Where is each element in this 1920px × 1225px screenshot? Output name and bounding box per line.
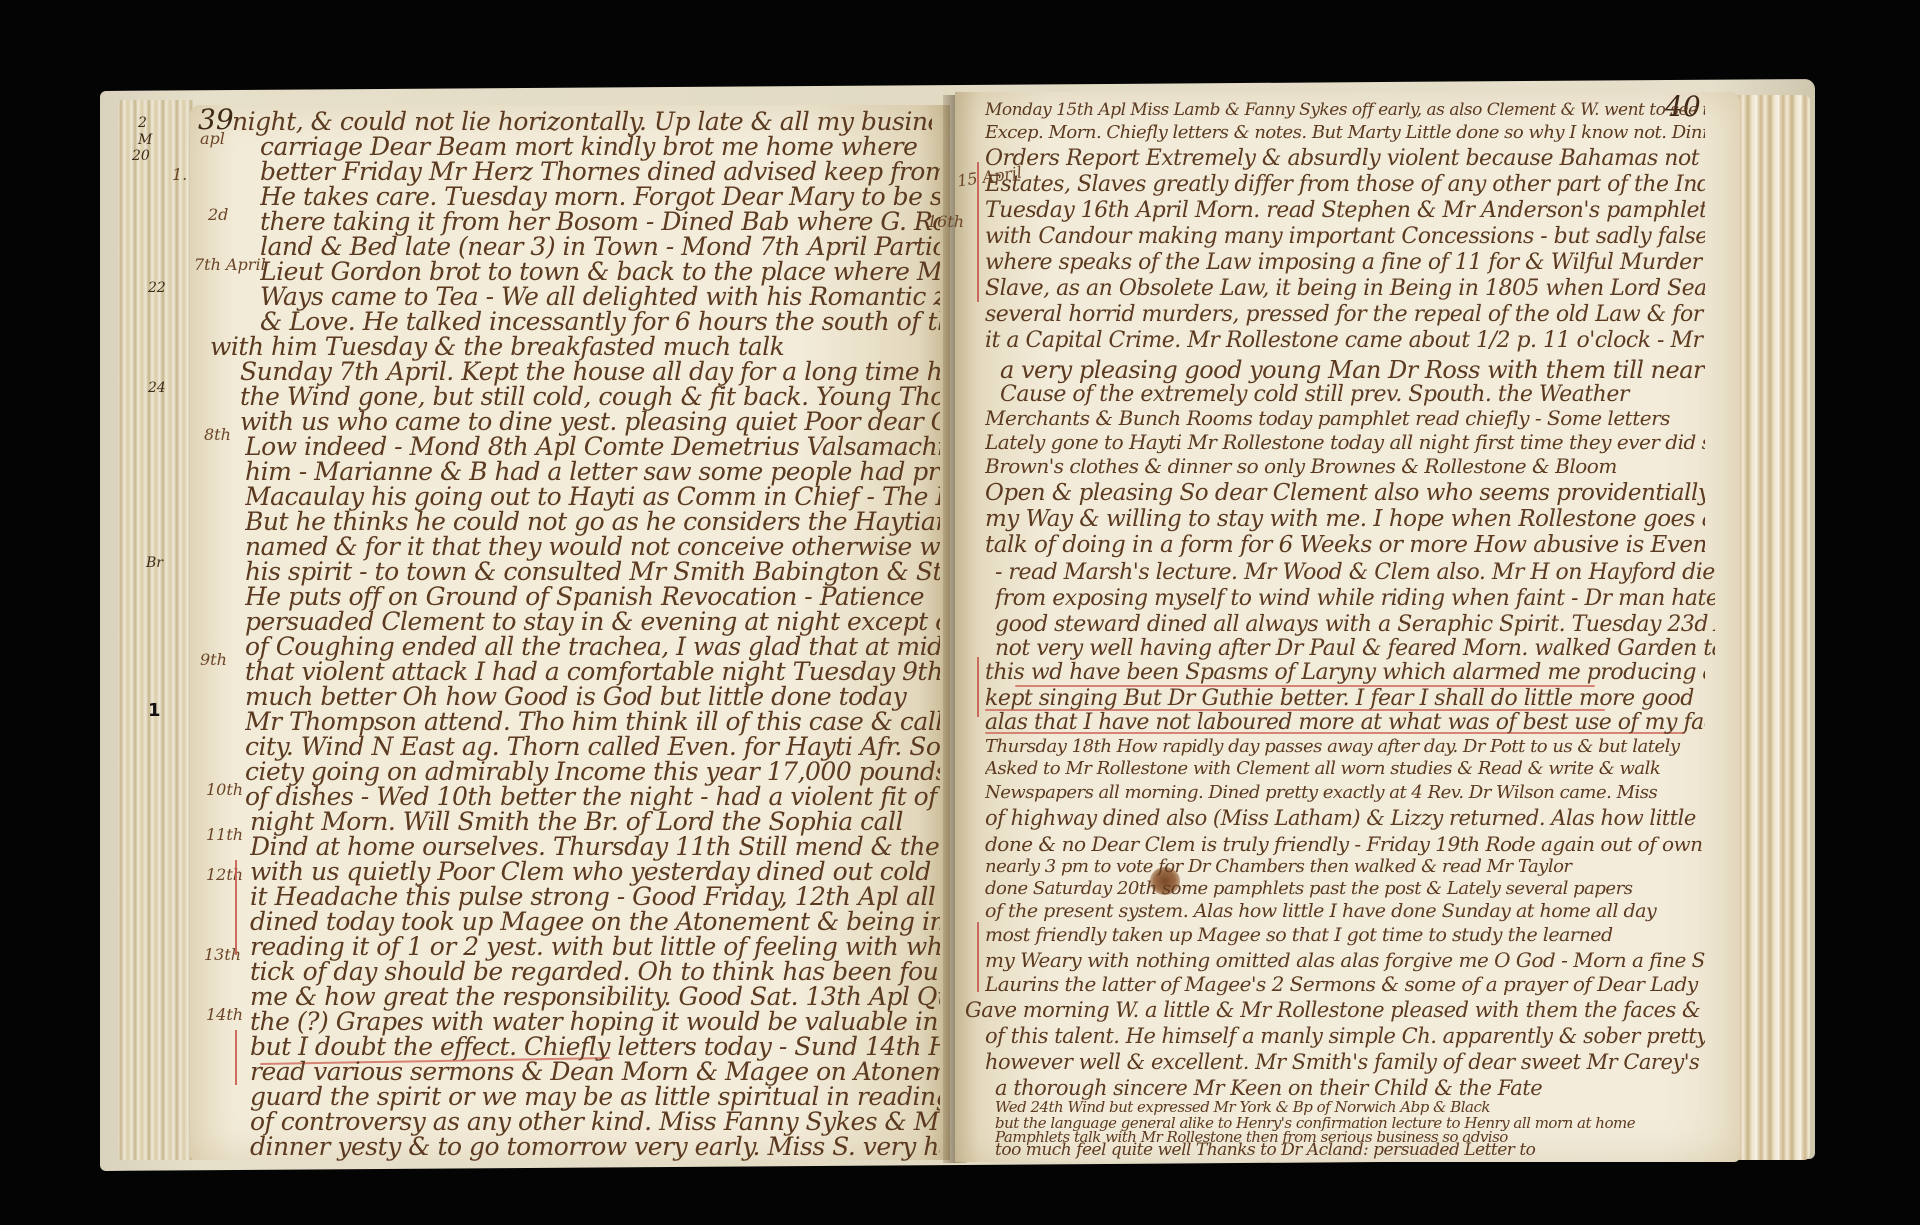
- manuscript-line: - read Marsh's lecture. Mr Wood & Clem a…: [995, 560, 1715, 585]
- manuscript-line: several horrid murders, pressed for the …: [985, 302, 1705, 327]
- manuscript-line: Merchants & Bunch Rooms today pamphlet r…: [985, 406, 1705, 430]
- open-manuscript-book: 2 M 20 22 24 Br 1 39 apl 1. 2d 7th April…: [0, 0, 1920, 1225]
- margin-date: 1.: [172, 165, 187, 184]
- manuscript-line: most friendly taken up Magee so that I g…: [985, 924, 1705, 946]
- manuscript-line: it a Capital Crime. Mr Rollestone came a…: [985, 328, 1705, 353]
- edge-sticker-mark: 1: [148, 700, 161, 721]
- left-page: 39 apl 1. 2d 7th April 8th 9th 10th 11th…: [190, 105, 950, 1160]
- manuscript-line: Newspapers all morning. Dined pretty exa…: [985, 782, 1705, 803]
- manuscript-line: nearly 3 pm to vote for Dr Chambers then…: [985, 856, 1705, 877]
- manuscript-line: done & no Dear Clem is truly friendly - …: [985, 832, 1705, 856]
- manuscript-line: of this talent. He himself a manly simpl…: [985, 1024, 1705, 1048]
- right-page: 40 15 April 16th Monday 15th Apl Miss La…: [955, 92, 1740, 1162]
- manuscript-line: Open & pleasing So dear Clement also who…: [985, 480, 1705, 506]
- manuscript-line: my Weary with nothing omitted alas alas …: [985, 948, 1705, 972]
- manuscript-line: Cause of the extremely cold still prev. …: [1000, 382, 1705, 407]
- edge-mark: Br: [146, 555, 163, 571]
- manuscript-line: dinner yesty & to go tomorrow very early…: [250, 1132, 940, 1161]
- manuscript-line: alas that I have not laboured more at wh…: [985, 710, 1705, 735]
- manuscript-line: Estates, Slaves greatly differ from thos…: [985, 172, 1705, 197]
- manuscript-line: too much feel quite well Thanks to Dr Ac…: [995, 1140, 1715, 1160]
- manuscript-line: from exposing myself to wind while ridin…: [995, 586, 1715, 611]
- manuscript-line: Monday 15th Apl Miss Lamb & Fanny Sykes …: [985, 100, 1705, 120]
- manuscript-line: Lately gone to Hayti Mr Rollestone today…: [985, 430, 1705, 454]
- left-page-text: night, & could not lie horizontally. Up …: [190, 105, 950, 1160]
- right-page-edges-stack: [1735, 95, 1810, 1160]
- manuscript-line: of highway dined also (Miss Latham) & Li…: [985, 806, 1705, 830]
- manuscript-line: Orders Report Extremely & absurdly viole…: [985, 146, 1705, 171]
- manuscript-line: this wd have been Spasms of Laryny which…: [985, 660, 1705, 685]
- manuscript-line: with Candour making many important Conce…: [985, 224, 1705, 249]
- manuscript-line: Brown's clothes & dinner so only Brownes…: [985, 454, 1705, 478]
- manuscript-line: however well & excellent. Mr Smith's fam…: [985, 1050, 1705, 1074]
- edge-mark: 22: [148, 280, 166, 296]
- edge-mark: M: [138, 132, 152, 148]
- manuscript-line: kept singing But Dr Guthie better. I fea…: [985, 686, 1705, 711]
- edge-mark: 24: [148, 380, 166, 396]
- manuscript-line: Slave, as an Obsolete Law, it being in B…: [985, 276, 1705, 301]
- manuscript-line: Laurins the latter of Magee's 2 Sermons …: [985, 972, 1705, 996]
- manuscript-line: talk of doing in a form for 6 Weeks or m…: [985, 532, 1705, 558]
- edge-mark: 20: [132, 148, 150, 164]
- manuscript-line: done Saturday 20th some pamphlets past t…: [985, 878, 1705, 899]
- manuscript-line: Excep. Morn. Chiefly letters & notes. Bu…: [985, 122, 1705, 143]
- left-page-edges-stack: 2 M 20 22 24 Br 1: [118, 100, 193, 1160]
- manuscript-line: Tuesday 16th April Morn. read Stephen & …: [985, 198, 1705, 223]
- manuscript-line: my Way & willing to stay with me. I hope…: [985, 506, 1705, 532]
- manuscript-line: good steward dined all always with a Ser…: [995, 612, 1715, 637]
- manuscript-line: of the present system. Alas how little I…: [985, 900, 1705, 922]
- manuscript-line: a thorough sincere Mr Keen on their Chil…: [995, 1076, 1705, 1100]
- manuscript-line: Gave morning W. a little & Mr Rollestone…: [965, 998, 1705, 1022]
- manuscript-line: where speaks of the Law imposing a fine …: [985, 250, 1705, 275]
- edge-mark: 2: [138, 115, 147, 131]
- manuscript-line: Asked to Mr Rollestone with Clement all …: [985, 758, 1705, 779]
- manuscript-line: a very pleasing good young Man Dr Ross w…: [1000, 356, 1705, 384]
- manuscript-line: Thursday 18th How rapidly day passes awa…: [985, 736, 1705, 757]
- manuscript-line: not very well having after Dr Paul & fea…: [995, 636, 1715, 661]
